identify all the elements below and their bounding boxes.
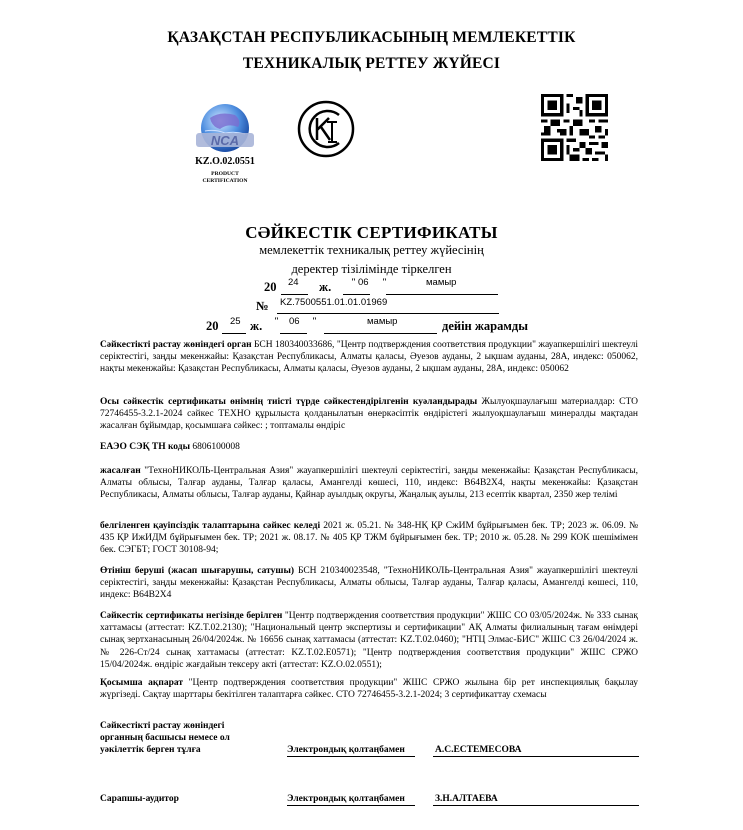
section-label: Қосымша ақпарат <box>100 678 183 688</box>
cert-number: KZ.7500551.01.01.01969 <box>280 297 387 308</box>
role-line: Сәйкестікті растау жөніндегі <box>100 720 270 732</box>
header-line-1: ҚАЗАҚСТАН РЕСПУБЛИКАСЫНЫҢ МЕМЛЕКЕТТІК <box>0 29 743 47</box>
signature-method-auditor: Электрондық қолтаңбамен <box>287 793 405 805</box>
section-tn-code: ЕАЭО СЭҚ ТН коды 6806100008 <box>100 441 638 453</box>
signature-role-head: Сәйкестікті растау жөніндегі органның ба… <box>100 720 270 756</box>
section-conformity-body: Сәйкестікті растау жөніндегі орган БСН 1… <box>100 339 638 376</box>
kt-mark-icon <box>297 100 355 158</box>
valid-date-year-suffix: ж. <box>250 319 262 334</box>
reg-date-quote-close: " <box>382 277 387 287</box>
signature-name-head: А.С.ЕСТЕМЕСОВА <box>435 744 522 756</box>
valid-date-quote-open: " <box>274 316 279 326</box>
section-additional-info: Қосымша ақпарат "Центр подтверждения соо… <box>100 677 638 701</box>
nca-sub-line-1: PRODUCT <box>180 171 270 178</box>
certificate-subtitle-1: мемлекеттік техникалық реттеу жүйесінің <box>0 243 743 258</box>
section-basis: Сәйкестік сертификаты негізінде берілген… <box>100 610 638 671</box>
certificate-title: СӘЙКЕСТІК СЕРТИФИКАТЫ <box>0 223 743 243</box>
section-label: Осы сәйкестік сертификаты өнімнің тиісті… <box>100 397 477 407</box>
role-line: органның басшысы немесе ол <box>100 732 270 744</box>
kt-conformity-mark <box>297 100 355 158</box>
signature-method-head: Электрондық қолтаңбамен <box>287 744 405 756</box>
valid-date-prefix: 20 <box>206 319 219 334</box>
valid-date-day: 06 <box>289 316 300 327</box>
section-label: жасалған <box>100 466 141 476</box>
reg-date-quote-open: " <box>351 277 356 287</box>
section-label: ЕАЭО СЭҚ ТН коды <box>100 442 190 452</box>
section-text: 6806100008 <box>192 442 240 452</box>
qr-code-icon <box>541 93 608 162</box>
nca-accreditation-code: KZ.O.02.0551 <box>180 156 270 167</box>
section-label: белгіленген қауіпсіздік талаптарына сәйк… <box>100 521 320 531</box>
valid-date-year: 25 <box>230 316 241 327</box>
section-label: Өтініш беруші (жасап шығарушы, сатушы) <box>100 566 294 576</box>
section-product: Осы сәйкестік сертификаты өнімнің тиісті… <box>100 396 638 433</box>
reg-date-month: мамыр <box>426 277 456 288</box>
valid-date-quote-close: " <box>312 316 317 326</box>
svg-text:NCA: NCA <box>211 133 239 148</box>
reg-date-year-suffix: ж. <box>319 280 331 295</box>
cert-number-label: № <box>256 299 269 314</box>
section-manufacturer: жасалған "ТехноНИКОЛЬ-Центральная Азия" … <box>100 465 638 502</box>
section-label: Сәйкестікті растау жөніндегі орган <box>100 340 252 350</box>
valid-date-suffix: дейін жарамды <box>442 319 528 334</box>
role-line: уәкілеттік берген тұлға <box>100 744 270 756</box>
nca-sub-line-2: CERTIFICATION <box>180 178 270 185</box>
signature-name-auditor: З.Н.АЛТАЕВА <box>435 793 498 805</box>
valid-date-month: мамыр <box>367 316 397 327</box>
section-applicant: Өтініш беруші (жасап шығарушы, сатушы) Б… <box>100 565 638 602</box>
nca-product-certification: PRODUCT CERTIFICATION <box>180 171 270 185</box>
reg-date-day: 06 <box>358 277 369 288</box>
qr-code[interactable] <box>541 93 608 162</box>
certificate-subtitle-2: деректер тізілімінде тіркелген <box>0 262 743 277</box>
signature-role-auditor: Сарапшы-аудитор <box>100 793 179 805</box>
section-text: "ТехноНИКОЛЬ-Центральная Азия" жауапкерш… <box>100 466 638 500</box>
header-line-2: ТЕХНИКАЛЫҚ РЕТТЕУ ЖҮЙЕСІ <box>0 55 743 73</box>
section-safety-requirements: белгіленген қауіпсіздік талаптарына сәйк… <box>100 520 638 557</box>
globe-icon: NCA <box>190 103 260 163</box>
reg-date-prefix: 20 <box>264 280 277 295</box>
section-label: Сәйкестік сертификаты негізінде берілген <box>100 611 282 621</box>
reg-date-year: 24 <box>288 277 299 288</box>
